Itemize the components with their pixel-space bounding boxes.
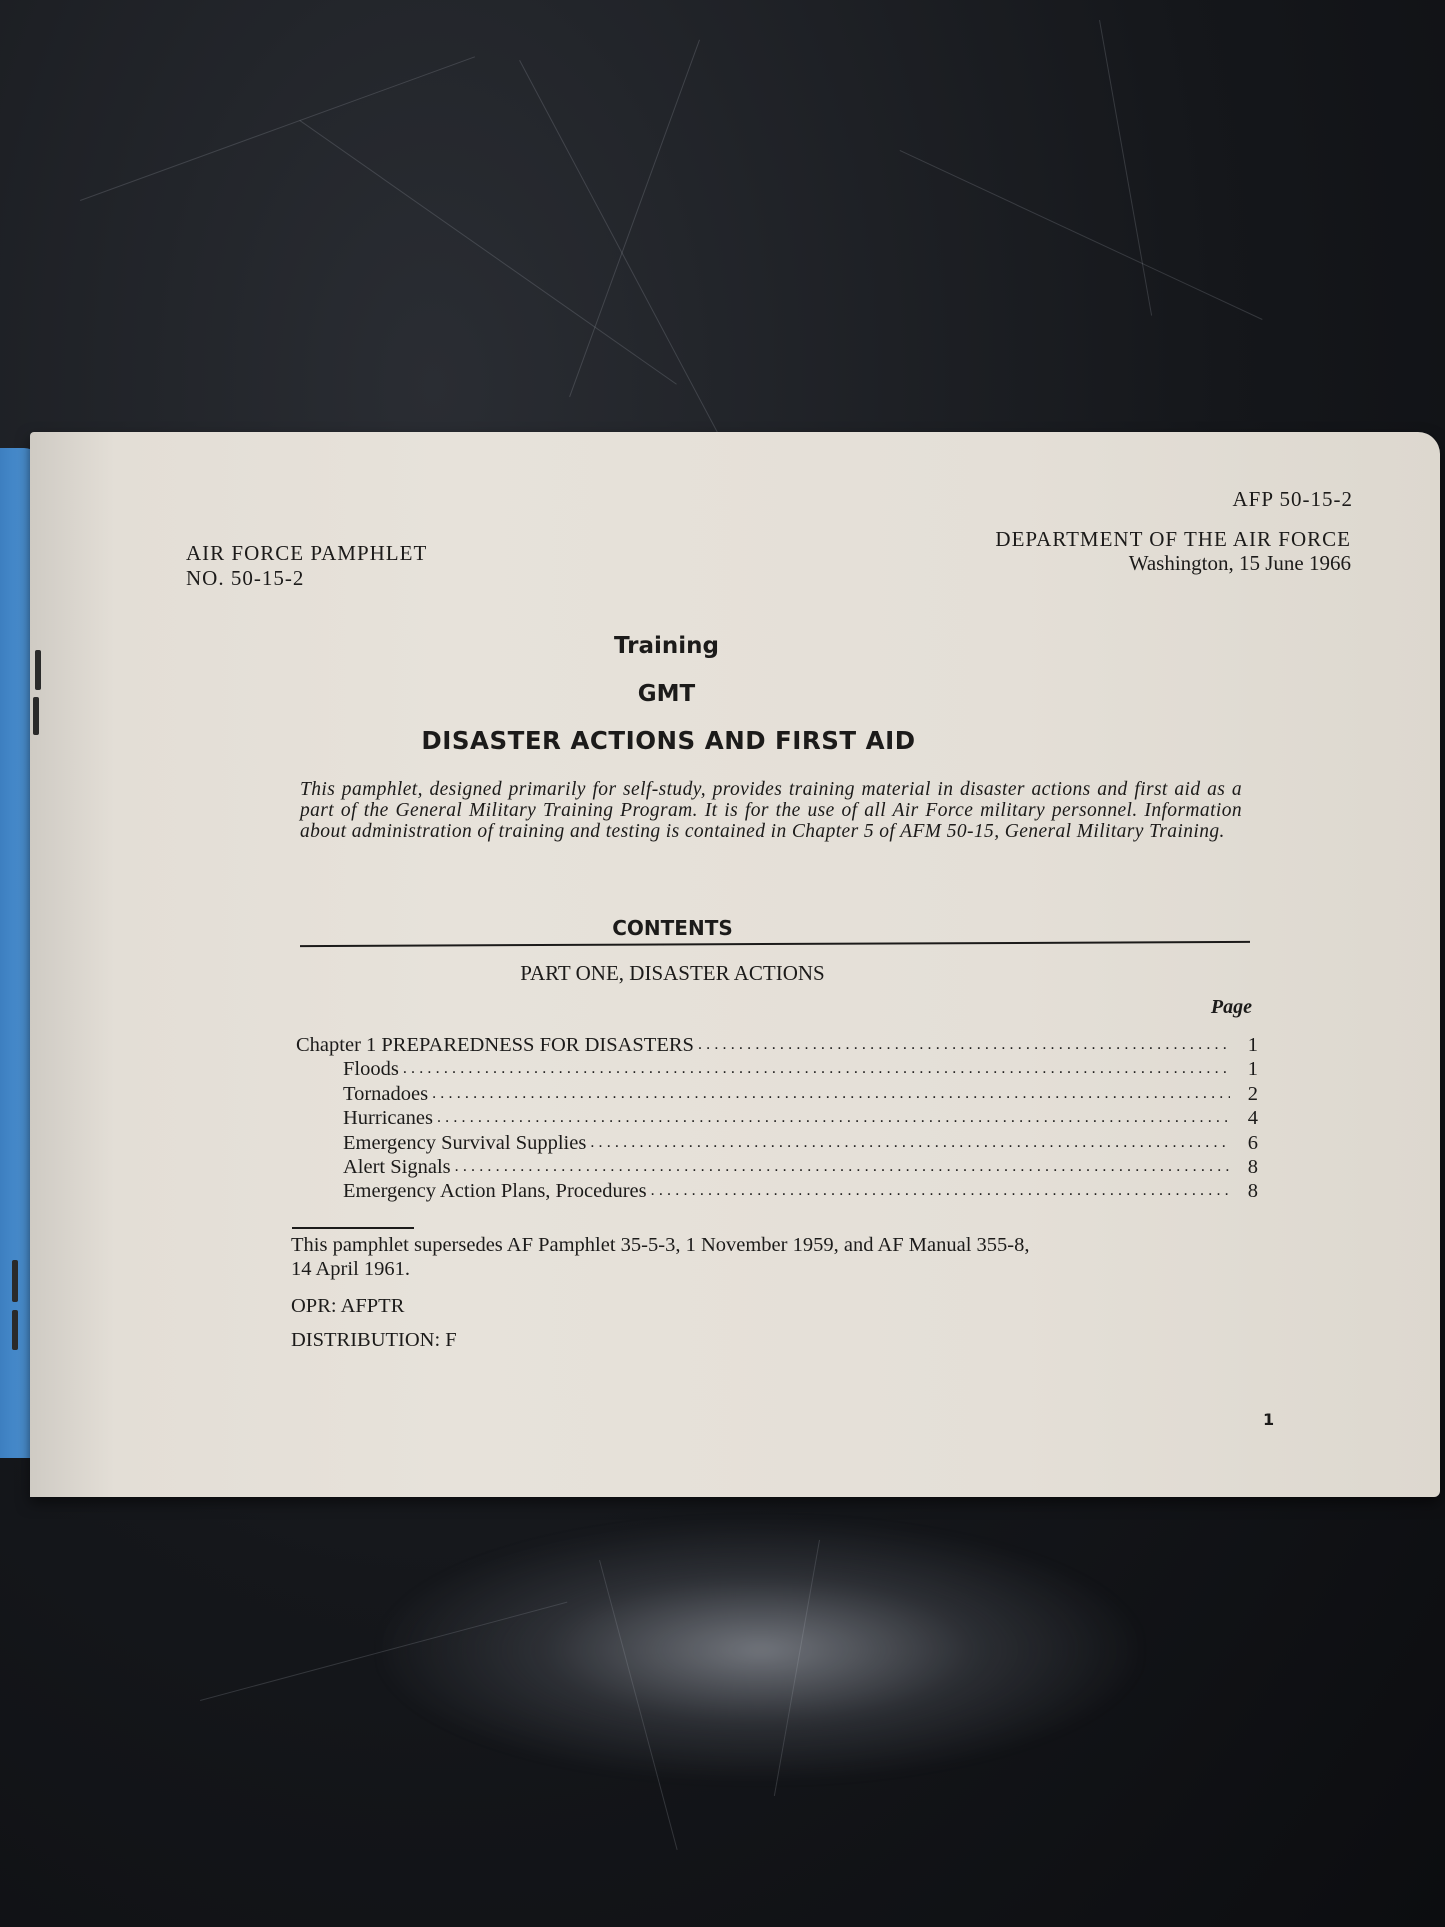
part-title: PART ONE, DISASTER ACTIONS [0,961,1395,986]
staple [12,1310,18,1350]
intro-paragraph: This pamphlet, designed primarily for se… [300,779,1242,842]
toc-entry[interactable]: Emergency Survival Supplies ............… [296,1131,1258,1155]
staple [12,1260,18,1302]
publication-code: AFP 50-15-2 [1233,487,1353,512]
contents-heading: CONTENTS [0,916,1395,940]
supersedes-note: This pamphlet supersedes AF Pamphlet 35-… [291,1233,1029,1257]
header-left-line1: AIR FORCE PAMPHLET [186,541,427,566]
toc-entry[interactable]: Floods .................................… [296,1057,1258,1081]
table-of-contents: Chapter 1 PREPAREDNESS FOR DISASTERS ...… [296,1033,1258,1204]
toc-entry[interactable]: Tornadoes ..............................… [296,1082,1258,1106]
title-main: DISASTER ACTIONS AND FIRST AID [0,726,1391,755]
footnote-rule [292,1227,414,1229]
header-left-line2: NO. 50-15-2 [186,566,304,591]
place-date: Washington, 15 June 1966 [1129,551,1351,576]
toc-entry[interactable]: Emergency Action Plans, Procedures .....… [296,1179,1258,1203]
opr-line: OPR: AFPTR [291,1294,404,1318]
title-subcategory: GMT [0,681,1389,707]
title-category: Training [0,633,1389,659]
supersedes-note-line2: 14 April 1961. [291,1257,410,1281]
toc-entry[interactable]: Hurricanes .............................… [296,1106,1258,1130]
department: DEPARTMENT OF THE AIR FORCE [995,527,1351,552]
toc-entry[interactable]: Alert Signals ..........................… [296,1155,1258,1179]
page-column-label: Page [1211,996,1252,1019]
page-number: 1 [1263,1410,1274,1429]
toc-entry[interactable]: Chapter 1 PREPAREDNESS FOR DISASTERS ...… [296,1033,1258,1057]
distribution-line: DISTRIBUTION: F [291,1328,457,1352]
